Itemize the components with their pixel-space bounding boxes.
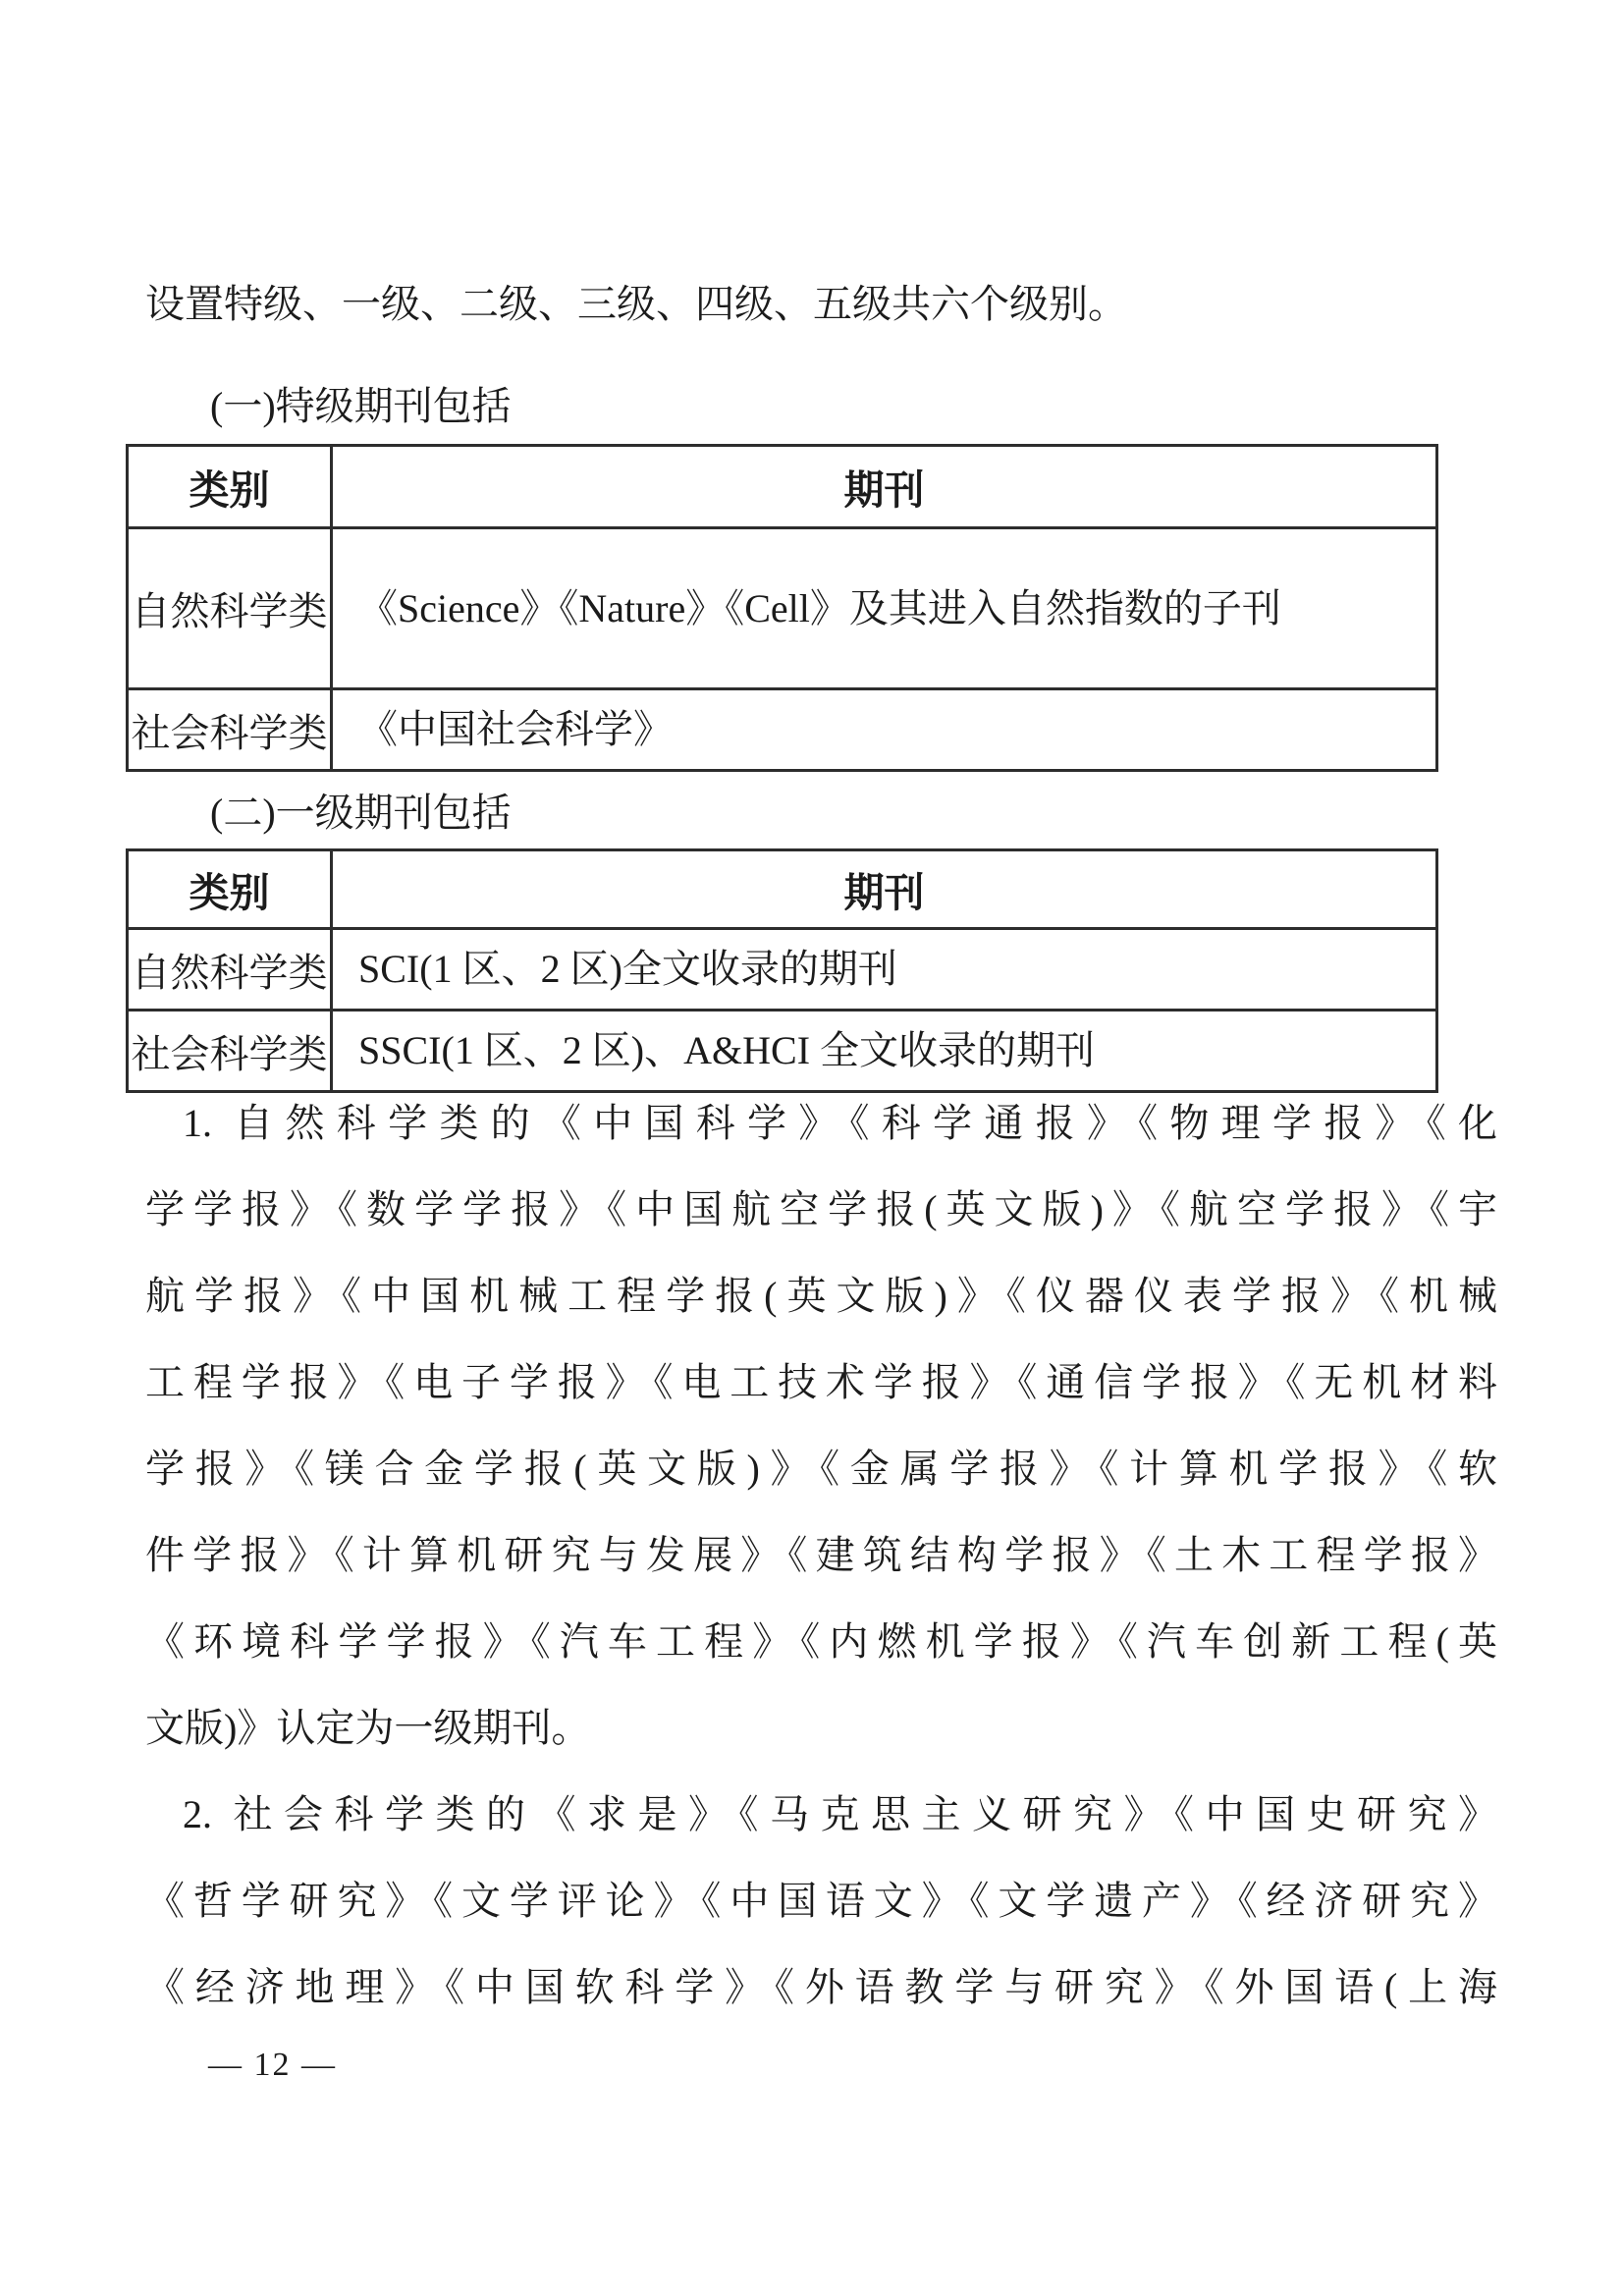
paragraph-line: 《经济地理》《中国软科学》《外语教学与研究》《外国语(上海 xyxy=(145,1944,1497,2031)
paragraph-line: 工程学报》《电子学报》《电工技术学报》《通信学报》《无机材料 xyxy=(145,1339,1497,1426)
paragraph-line: 1. 自然科学类的《中国科学》《科学通报》《物理学报》《化 xyxy=(145,1080,1497,1167)
paragraph-line: 《哲学研究》《文学评论》《中国语文》《文学遗产》《经济研究》 xyxy=(145,1858,1497,1944)
journal-cell: 《Science》《Nature》《Cell》及其进入自然指数的子刊 xyxy=(332,528,1437,689)
category-cell: 社会科学类 xyxy=(128,689,332,771)
special-tier-journal-table: 类别 期刊 自然科学类 《Science》《Nature》《Cell》及其进入自… xyxy=(126,444,1438,772)
paragraph-line: 航学报》《中国机械工程学报(英文版)》《仪器仪表学报》《机械 xyxy=(145,1253,1497,1339)
journal-cell: SCI(1 区、2 区)全文收录的期刊 xyxy=(332,929,1437,1011)
paragraph-social-science-journals: 2. 社会科学类的《求是》《马克思主义研究》《中国史研究》 《哲学研究》《文学评… xyxy=(145,1772,1497,2031)
intro-line: 设置特级、一级、二级、三级、四级、五级共六个级别。 xyxy=(145,275,1500,334)
journal-header: 期刊 xyxy=(332,850,1437,929)
category-header: 类别 xyxy=(128,850,332,929)
paragraph-line: 《环境科学学报》《汽车工程》《内燃机学报》《汽车创新工程(英 xyxy=(145,1599,1497,1685)
journal-cell: 《中国社会科学》 xyxy=(332,689,1437,771)
table-row: 社会科学类 《中国社会科学》 xyxy=(128,689,1437,771)
journal-header: 期刊 xyxy=(332,446,1437,528)
paragraph-line: 2. 社会科学类的《求是》《马克思主义研究》《中国史研究》 xyxy=(145,1772,1497,1858)
category-header: 类别 xyxy=(128,446,332,528)
first-tier-journal-table: 类别 期刊 自然科学类 SCI(1 区、2 区)全文收录的期刊 社会科学类 SS… xyxy=(126,848,1438,1093)
category-cell: 自然科学类 xyxy=(128,528,332,689)
category-cell: 自然科学类 xyxy=(128,929,332,1011)
table-header-row: 类别 期刊 xyxy=(128,850,1437,929)
document-page: 设置特级、一级、二级、三级、四级、五级共六个级别。 (一)特级期刊包括 类别 期… xyxy=(0,0,1622,2296)
paragraph-natural-science-journals: 1. 自然科学类的《中国科学》《科学通报》《物理学报》《化 学学报》《数学学报》… xyxy=(145,1080,1497,1772)
table-row: 自然科学类 《Science》《Nature》《Cell》及其进入自然指数的子刊 xyxy=(128,528,1437,689)
table-row: 自然科学类 SCI(1 区、2 区)全文收录的期刊 xyxy=(128,929,1437,1011)
table-header-row: 类别 期刊 xyxy=(128,446,1437,528)
paragraph-line: 件学报》《计算机研究与发展》《建筑结构学报》《土木工程学报》 xyxy=(145,1512,1497,1599)
page-number: — 12 — xyxy=(208,2047,337,2084)
paragraph-line: 学学报》《数学学报》《中国航空学报(英文版)》《航空学报》《宇 xyxy=(145,1167,1497,1253)
paragraph-line: 学报》《镁合金学报(英文版)》《金属学报》《计算机学报》《软 xyxy=(145,1426,1497,1512)
paragraph-line: 文版)》认定为一级期刊。 xyxy=(145,1685,1497,1772)
section-caption-special: (一)特级期刊包括 xyxy=(145,379,512,434)
section-caption-first-tier: (二)一级期刊包括 xyxy=(145,786,512,841)
